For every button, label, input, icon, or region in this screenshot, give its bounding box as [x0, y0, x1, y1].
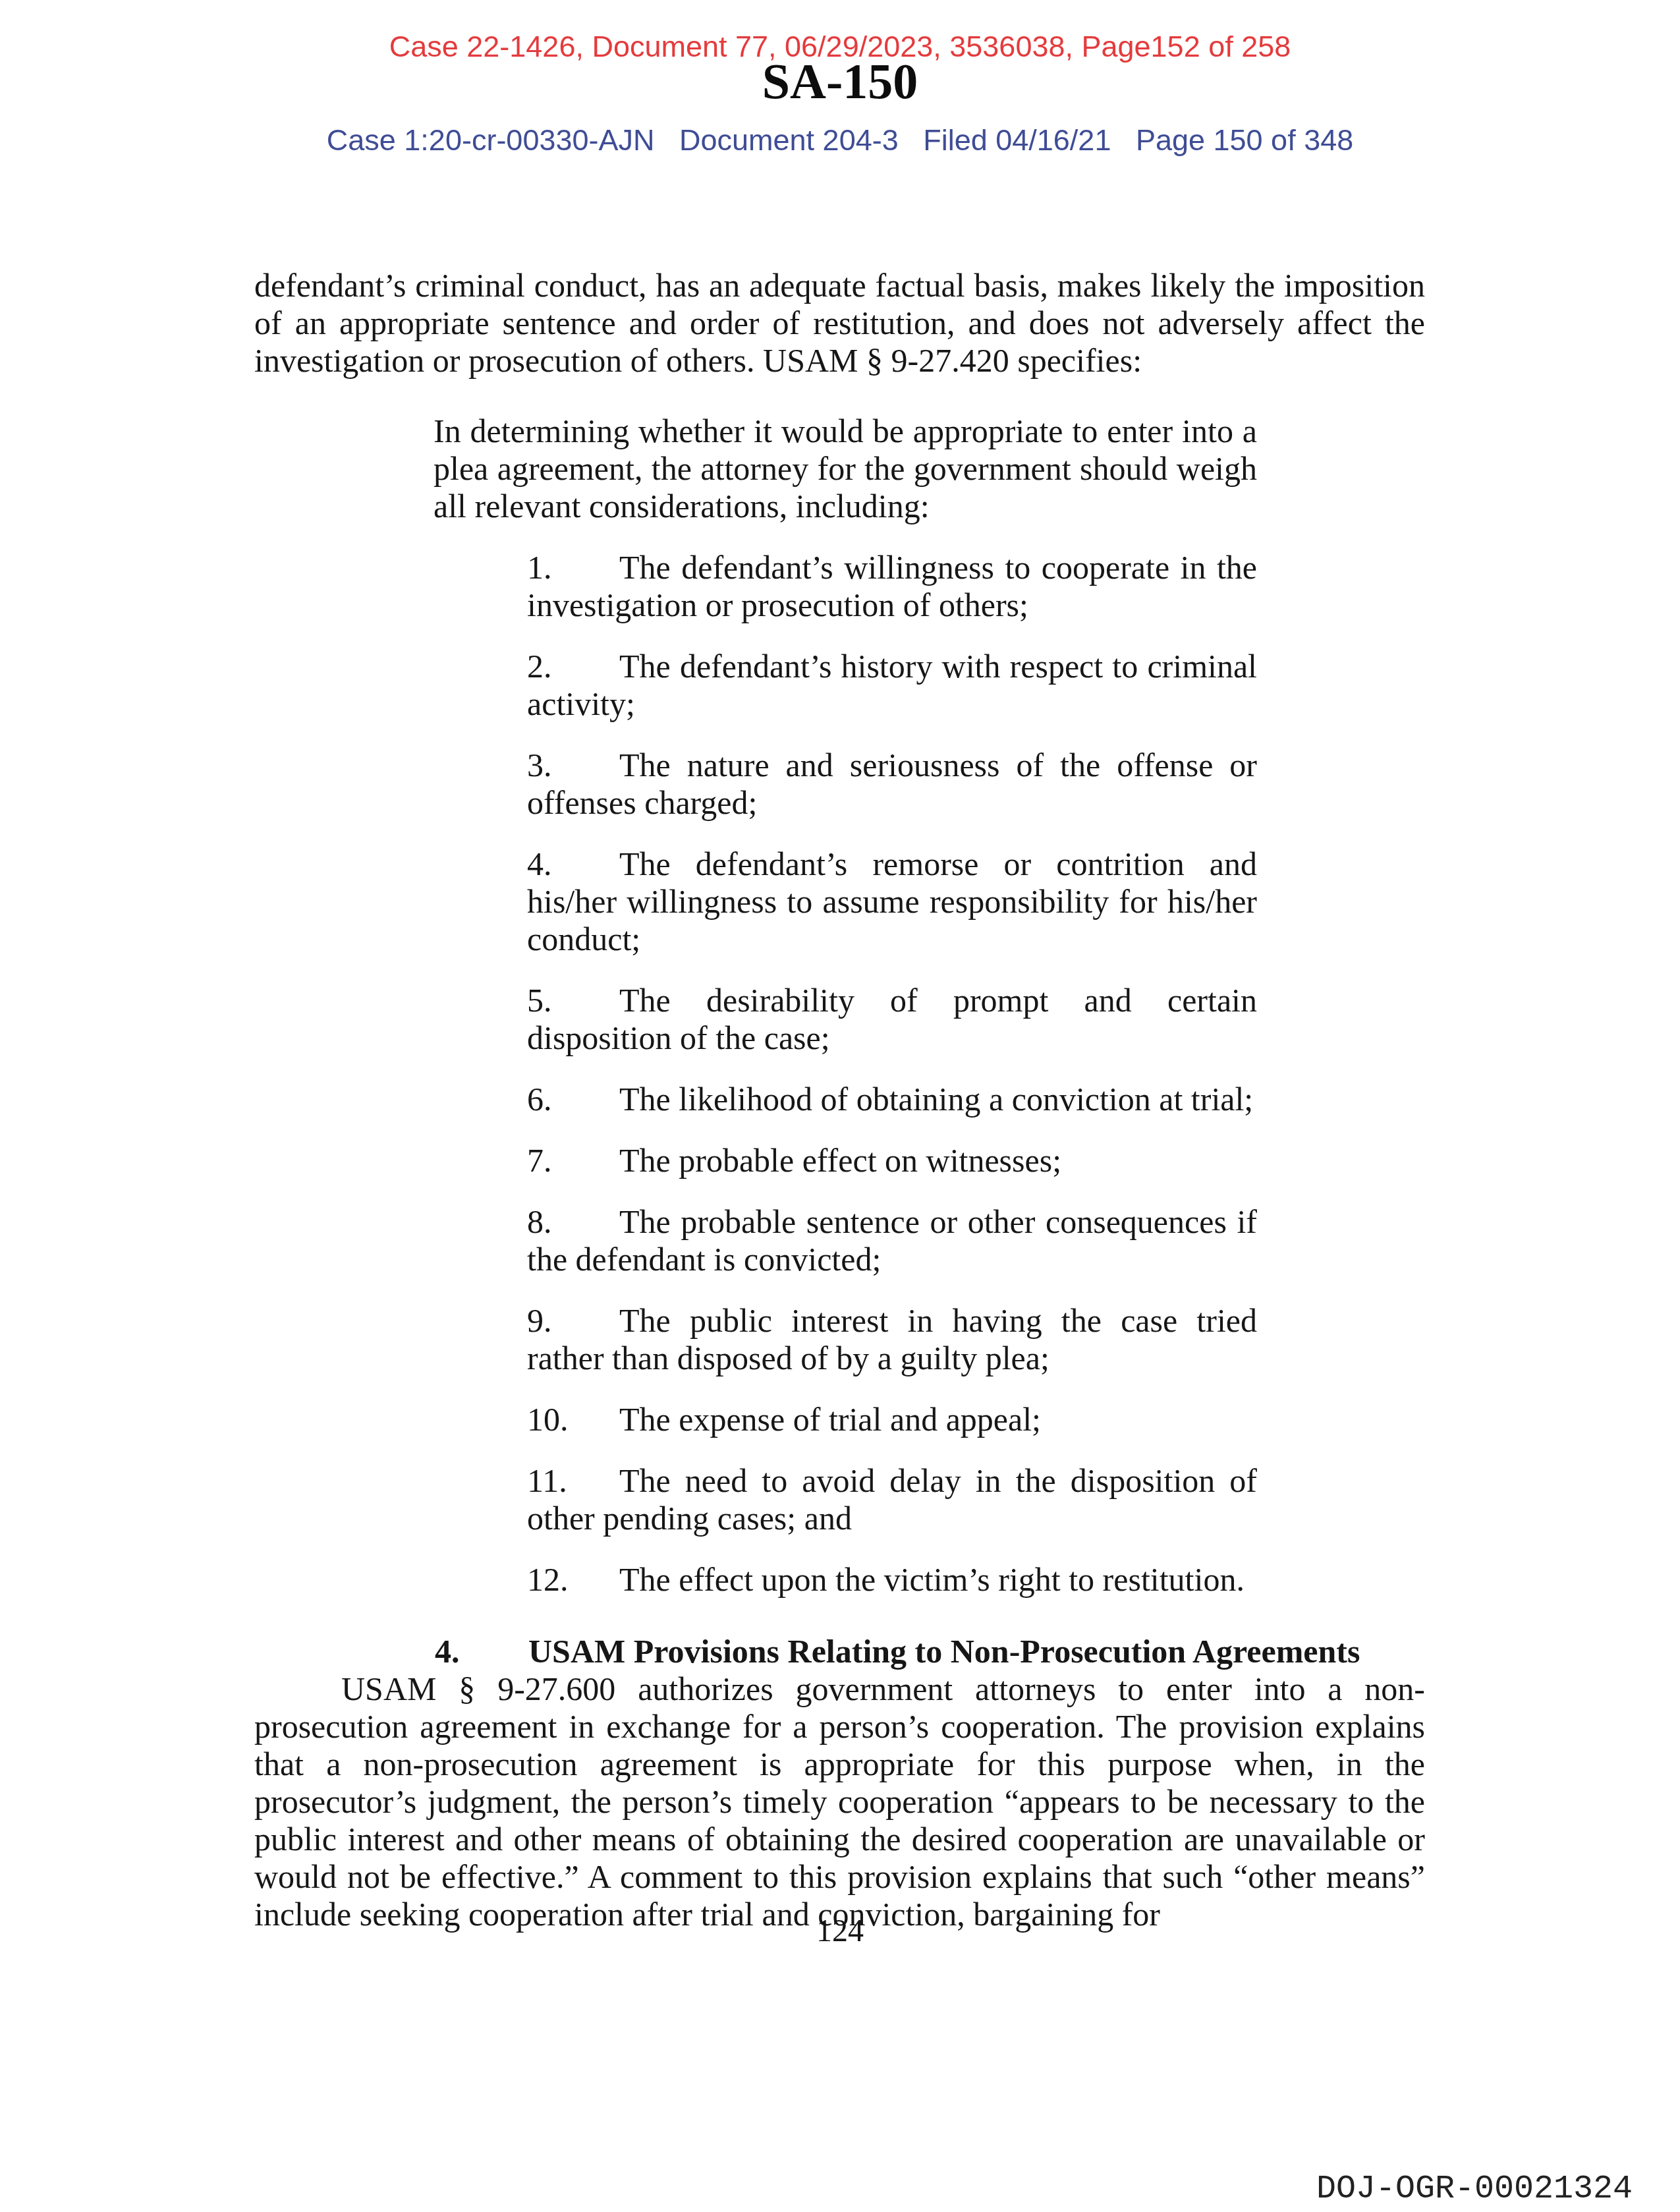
- paragraph-usam-nonprosecution: USAM § 9-27.600 authorizes government at…: [254, 1670, 1425, 1933]
- supplemental-appendix-page-label: SA-150: [0, 57, 1680, 107]
- list-item-number: 2.: [527, 648, 619, 685]
- document-page: Case 22-1426, Document 77, 06/29/2023, 3…: [0, 0, 1680, 2212]
- district-court-stamp: Case 1:20-cr-00330-AJN Document 204-3 Fi…: [0, 124, 1680, 157]
- list-item-number: 5.: [527, 982, 619, 1019]
- list-item-text: The defendant’s willingness to cooperate…: [527, 549, 1257, 623]
- list-item-number: 4.: [527, 845, 619, 883]
- list-item: 6.The likelihood of obtaining a convicti…: [527, 1081, 1257, 1118]
- list-item-number: 1.: [527, 549, 619, 586]
- bates-number-stamp: DOJ-OGR-00021324: [1316, 2173, 1633, 2206]
- list-item-number: 10.: [527, 1401, 619, 1438]
- list-item-text: The desirability of prompt and certain d…: [527, 982, 1257, 1056]
- list-item: 10.The expense of trial and appeal;: [527, 1401, 1257, 1438]
- list-item: 1.The defendant’s willingness to coopera…: [527, 549, 1257, 624]
- list-item-text: The effect upon the victim’s right to re…: [619, 1561, 1245, 1598]
- list-item: 4.The defendant’s remorse or contrition …: [527, 845, 1257, 958]
- list-item: 3.The nature and seriousness of the offe…: [527, 747, 1257, 822]
- list-item: 5.The desirability of prompt and certain…: [527, 982, 1257, 1057]
- list-item-text: The nature and seriousness of the offens…: [527, 747, 1257, 821]
- block-quote-intro: In determining whether it would be appro…: [434, 412, 1257, 525]
- list-item-number: 9.: [527, 1302, 619, 1340]
- list-item: 7.The probable effect on witnesses;: [527, 1142, 1257, 1179]
- list-item-number: 7.: [527, 1142, 619, 1179]
- list-item-number: 3.: [527, 747, 619, 784]
- list-item-text: The public interest in having the case t…: [527, 1302, 1257, 1376]
- list-item-text: The probable effect on witnesses;: [619, 1142, 1061, 1179]
- list-item: 9.The public interest in having the case…: [527, 1302, 1257, 1377]
- section-heading-title: USAM Provisions Relating to Non-Prosecut…: [528, 1633, 1360, 1670]
- list-item-number: 12.: [527, 1561, 619, 1599]
- list-item-number: 6.: [527, 1081, 619, 1118]
- section-heading: 4.USAM Provisions Relating to Non-Prosec…: [435, 1633, 1425, 1670]
- section-heading-number: 4.: [435, 1633, 528, 1670]
- document-body: defendant’s criminal conduct, has an ade…: [254, 267, 1425, 1933]
- list-item: 2.The defendant’s history with respect t…: [527, 648, 1257, 723]
- list-item: 11.The need to avoid delay in the dispos…: [527, 1462, 1257, 1537]
- page-number: 124: [0, 1914, 1680, 1949]
- list-item: 12.The effect upon the victim’s right to…: [527, 1561, 1257, 1599]
- list-item-text: The defendant’s remorse or contrition an…: [527, 845, 1257, 957]
- list-item-number: 8.: [527, 1203, 619, 1241]
- list-item: 8.The probable sentence or other consequ…: [527, 1203, 1257, 1278]
- list-item-text: The expense of trial and appeal;: [619, 1401, 1041, 1438]
- quote-list: 1.The defendant’s willingness to coopera…: [254, 549, 1425, 1599]
- list-item-text: The defendant’s history with respect to …: [527, 648, 1257, 722]
- list-item-text: The likelihood of obtaining a conviction…: [619, 1081, 1253, 1118]
- paragraph-continuation: defendant’s criminal conduct, has an ade…: [254, 267, 1425, 380]
- list-item-number: 11.: [527, 1462, 619, 1500]
- list-item-text: The need to avoid delay in the dispositi…: [527, 1462, 1257, 1537]
- list-item-text: The probable sentence or other consequen…: [527, 1203, 1257, 1278]
